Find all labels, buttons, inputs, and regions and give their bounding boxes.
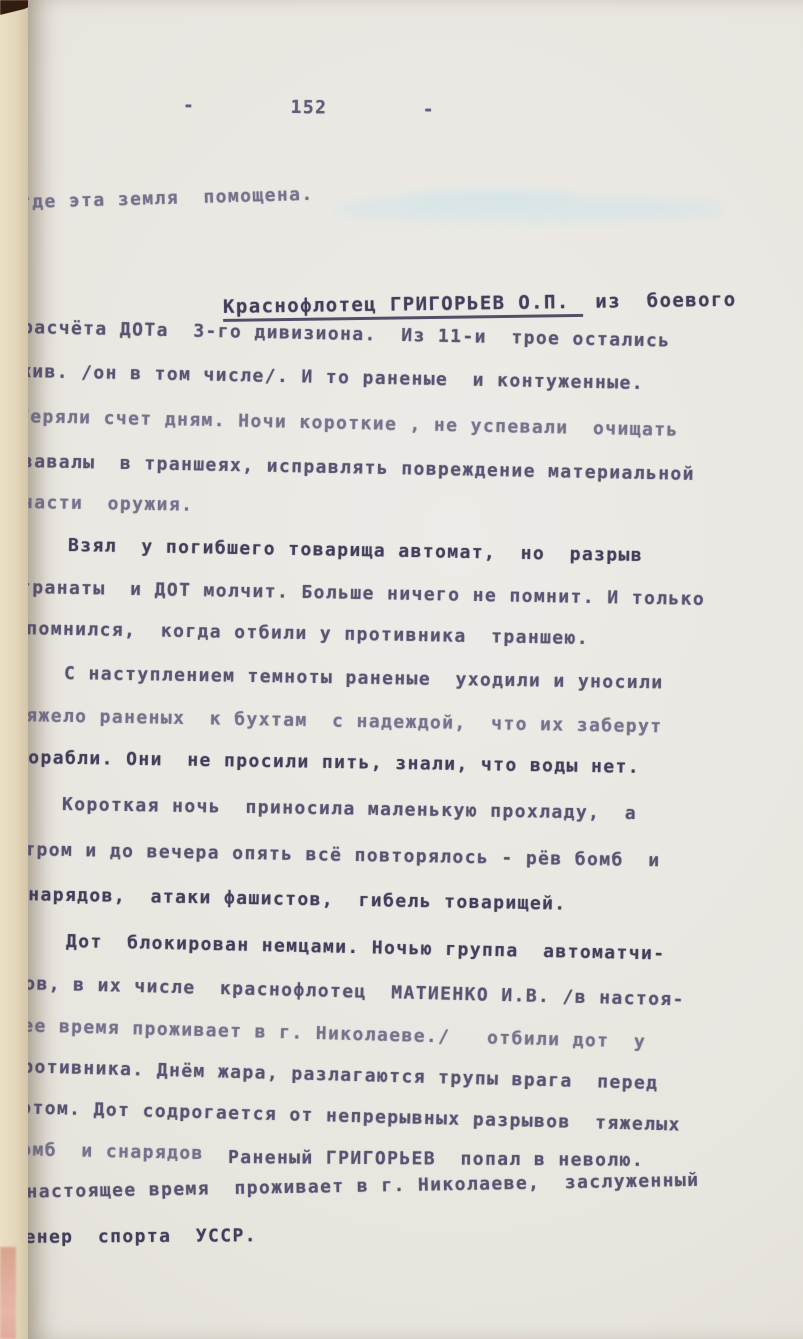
text-line: жив. /он в том числе/. И то раненые и ко… — [28, 360, 644, 396]
page-edge-tint — [0, 1247, 16, 1339]
text-line: где эта земля помощена. — [28, 183, 314, 215]
text-line: части оружия. — [28, 491, 193, 518]
text-line: снарядов, атаки фашистов, гибель товарищ… — [28, 883, 567, 917]
text-line: Взял у погибшего товарища автомат, но ра… — [68, 534, 643, 568]
page-number-dash-right: - — [423, 99, 436, 120]
text-line: тяжело раненых к бухтам с надеждой, что … — [28, 704, 663, 739]
text-line: противника. Днём жара, разлагаются трупы… — [28, 1055, 659, 1096]
page-number: 152 — [290, 97, 327, 119]
text-line: дотом. Дот содрогается от непрерывных ра… — [28, 1096, 681, 1138]
text-line: завалы в траншеях, исправлять повреждени… — [28, 450, 695, 487]
document-page: - 152 - где эта земля помощена. Краснофл… — [28, 0, 803, 1339]
text-line: Раненый ГРИГОРЬЕВ попал в неволю. — [228, 1146, 644, 1173]
page-number-row: - 152 - — [183, 95, 435, 120]
text-line: В настоящее время проживает в г. Николае… — [28, 1169, 700, 1205]
text-line: бомб и снарядов — [28, 1138, 204, 1166]
text-line: щее время проживает в г. Николаеве./ отб… — [28, 1014, 646, 1055]
heading-rest: из боевого — [582, 289, 736, 313]
text-line: опомнился, когда отбили у противника тра… — [28, 617, 589, 651]
text-line: утром и до вечера опять всё повторялось … — [28, 838, 661, 873]
scanned-document-page: - 152 - где эта земля помощена. Краснофл… — [0, 0, 803, 1339]
text-line: Короткая ночь приносила маленькую прохла… — [62, 793, 637, 826]
text-line: ков, в их числе краснофлотец МАТИЕНКО И.… — [28, 972, 685, 1012]
text-line: корабли. Они не просили пить, знали, что… — [28, 746, 640, 780]
text-line: гранаты и ДОТ молчит. Больше ничего не п… — [28, 576, 705, 612]
heading-underlined-name: Краснофлотец ГРИГОРЬЕВ О.П. — [223, 291, 583, 322]
page-number-dash-left: - — [183, 95, 196, 116]
text-line: тренер спорта УССР. — [28, 1224, 257, 1250]
text-line: Теряли счет дням. Ночи короткие , не усп… — [28, 405, 679, 443]
text-line: С наступлением темноты раненые уходили и… — [64, 662, 664, 695]
ink-bleed-smudge — [398, 190, 578, 204]
text-line: Дот блокирован немцами. Ночью группа авт… — [66, 930, 666, 967]
